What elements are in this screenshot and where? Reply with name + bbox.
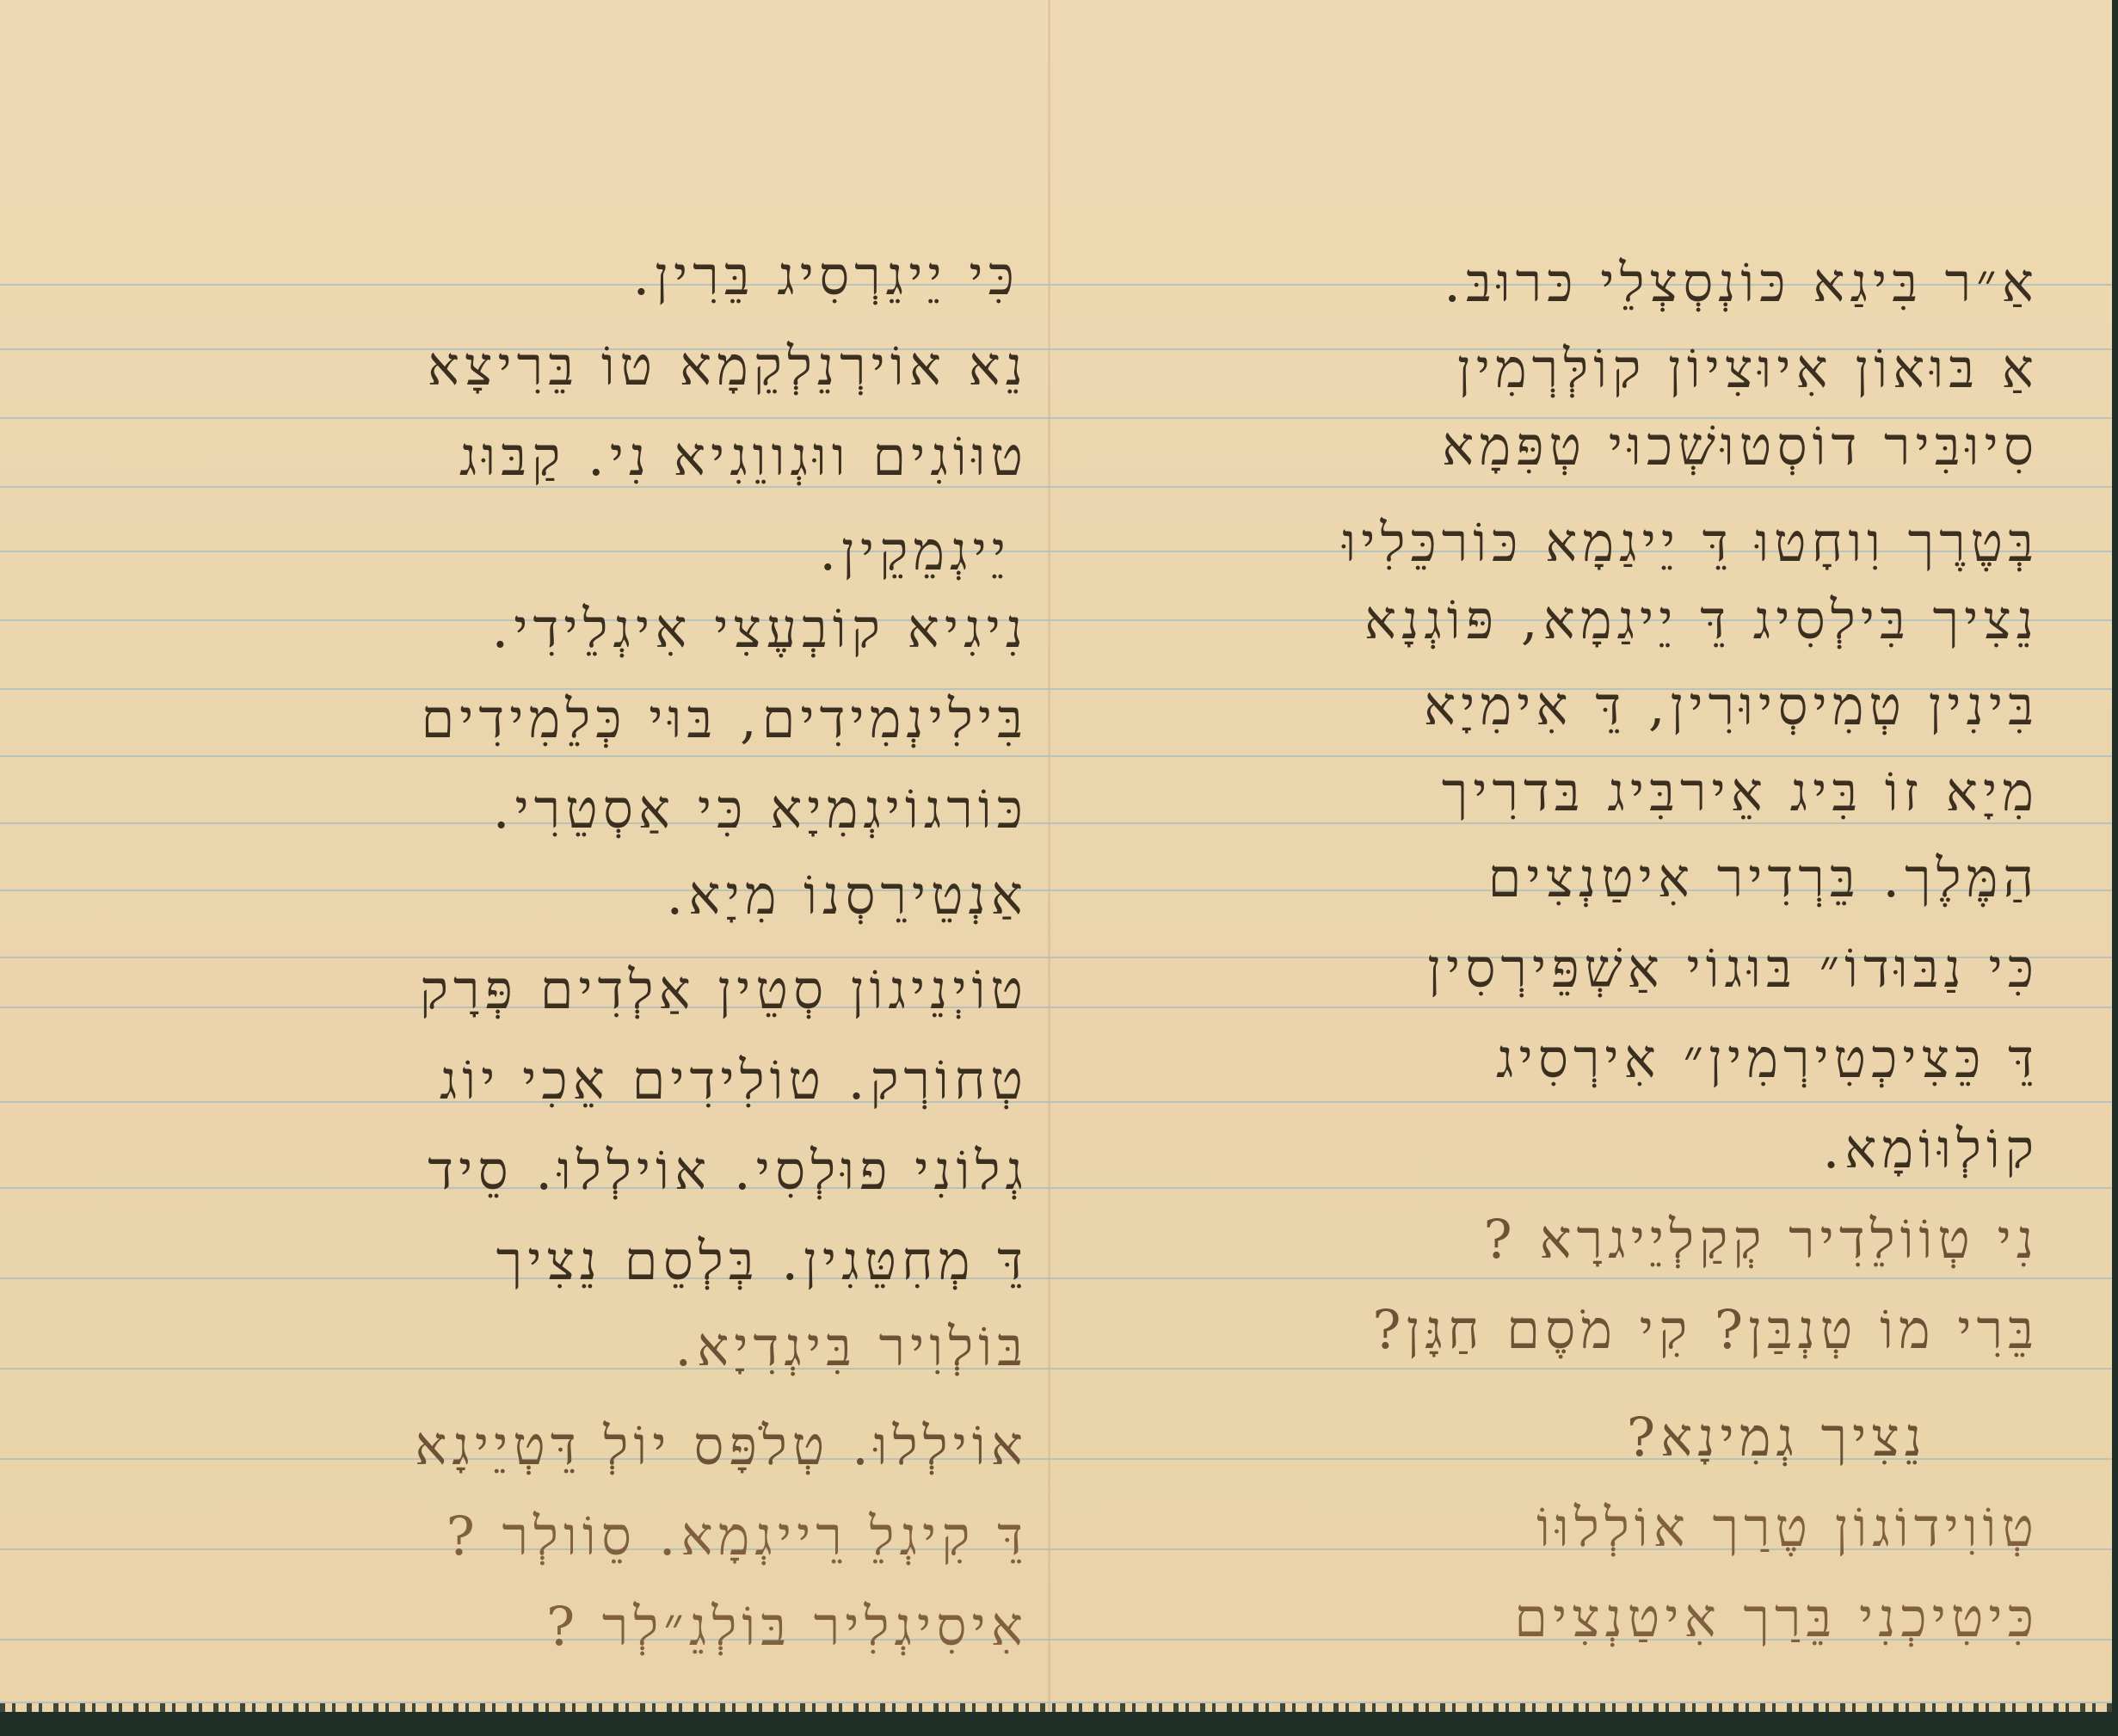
handwritten-line: נֵצִיך בִּילְסִיג דֵּ יֵיגַמָא, פּוֹגְנָ… <box>1364 594 2039 647</box>
handwritten-line: בִּילִינְמִידִים, בּוּי כְּלֵמִידִים <box>421 693 1028 746</box>
handwritten-line: טוֹיְנֵיגוֹן סְטֵין אַלְדִים פְּרָק <box>420 963 1028 1017</box>
ruled-line <box>0 1277 2112 1279</box>
handwritten-line: טְוֹוִידוֹגוֹן טֶרַך אוֹלְלוּוֹ <box>1536 1501 2039 1554</box>
handwritten-line: דֵּ מְחִטֵּגִין. בְּלְסֵם נֵצִיך <box>496 1234 1028 1288</box>
ruled-line <box>0 755 2112 757</box>
handwritten-line: אַנְטֵירֵסְנוֹ מִיָא. <box>667 869 1028 922</box>
letter-page: אַ״ר בִּיגַא כּוֹנְסְצְלֵי כּרוּבּ. אַ ב… <box>0 0 2112 1712</box>
handwritten-line: הַמֶּלֶך. בֵּרְדִיר אִיטַנְצִים <box>1488 852 2039 905</box>
handwritten-line: טְחוֹרְק. טוֹלִידִים אֵכִי יוֹג <box>440 1054 1028 1107</box>
handwritten-line: דֵּ כֵּצִיכְטִירְמִין״ אִירְסִיג <box>1496 1032 2039 1086</box>
handwritten-line: יֵיגְמֵקֵין. <box>819 525 1011 578</box>
ruled-line <box>0 1702 2112 1703</box>
ruled-line <box>0 1007 2112 1008</box>
handwritten-line: נִי טְוֹוֹלֵדִיר קְקַלְיֵיגרָא ? <box>1484 1213 2040 1266</box>
handwritten-line: אַ״ר בִּיגַא כּוֹנְסְצְלֵי כּרוּבּ. <box>1444 256 2039 310</box>
handwritten-line: נֵא אוֹירְנֵלְקֵמָא טוֹ בֵּרִיצָא <box>428 340 1028 393</box>
handwritten-line: מִיָא זוֹ בִּיג אֵירבִּיג בּדרִיך <box>1442 766 2039 819</box>
handwritten-line: סִיוּבִּיר דוֹסְטוּשְׁכוּי טְפִּמָא <box>1442 420 2039 473</box>
handwritten-line: אוֹילְלוּ. טְלֹפָּס יוֹלְ דֵּטְיֵיגָא <box>415 1419 1028 1473</box>
handwritten-line: כִּיטִיכְנִי בֵּרַך אִיטַנְצִים <box>1514 1591 2039 1645</box>
ruled-line <box>0 486 2112 488</box>
handwritten-line: אַ בּוּאוֹן אִיוּצִיוֹן קוֹלְּרְמִין <box>1457 342 2039 396</box>
handwritten-line: אִיסִיגְלִיר בּוֹלְגֵ״לְר ? <box>546 1600 1028 1653</box>
handwritten-line: טוּוֹגִים ווּגְווֵגִיא נִי. קַבּוּג <box>459 430 1028 483</box>
handwritten-line: דֵּ קִיגְלֵ רֵייגְמָא. סֵוֹולְר ? <box>446 1510 1028 1563</box>
handwritten-line: נִיגִיא קוֹבְעֶצִי אִיגְלֵידִי. <box>492 602 1028 656</box>
handwritten-line: גְלוֹנִי פוּלְסִי. אוֹילְלוּ. סֵיד <box>428 1144 1028 1197</box>
center-fold <box>1048 0 1050 1712</box>
handwritten-line: כִּי נַבּוּדוֹ״ בּוּגוֹי אַשְׁפֵּירְסִין <box>1427 942 2039 995</box>
handwritten-line: כּוֹרגוֹיגְמִיָא כִּי אַסְטֵרִי. <box>493 783 1028 836</box>
handwritten-line: בִּינִין טְמִיסְיוּרִין, דֵּ אִימִיָא <box>1424 680 2039 733</box>
handwritten-line: בּוֹלְוִיר בִּיגְדִיָא. <box>674 1320 1028 1374</box>
handwritten-line: בְּטֶרֶך וִוחָטוּ דֵּ יֵיגַמָא כּוֹרכֵּל… <box>1342 516 2039 569</box>
handwritten-line: בֵּרִי מוֹ טְנְבַּן? קִי מֹסֶם חַגָּן? <box>1372 1303 2039 1357</box>
ruled-line <box>0 1101 2112 1103</box>
handwritten-line: קוֹלְוּוֹמָא. <box>1823 1123 2039 1176</box>
handwritten-line: נֵצִיך גְמִינָא? <box>1627 1411 1927 1464</box>
handwritten-line: כִּי יֵיגֵרְסִיג בֵּרִין. <box>632 249 1019 303</box>
ruled-line <box>0 1187 2112 1189</box>
ruled-line <box>0 1368 2112 1370</box>
